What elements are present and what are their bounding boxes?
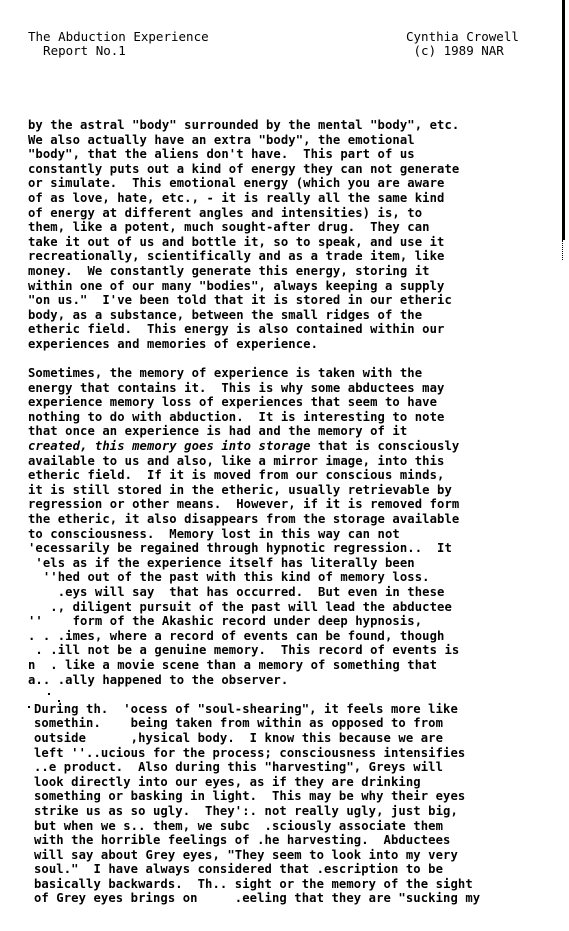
report-number: Report No.1 <box>28 44 209 58</box>
text-line: within one of our many "bodies", always … <box>28 279 563 294</box>
text-line: "on us." I've been told that it is store… <box>28 293 563 308</box>
text-line: or simulate. This emotional energy (whic… <box>28 176 563 191</box>
text-line: n . like a movie scene than a memory of … <box>28 658 563 673</box>
text-line: them, like a potent, much sought-after d… <box>28 220 563 235</box>
text-line: .eys will say that has occurred. But eve… <box>28 585 563 600</box>
text-line: of as love, hate, etc., - it is really a… <box>28 191 563 206</box>
text-line: "body", that the aliens don't have. This… <box>28 147 563 162</box>
text-line: but when we s.. them, we subc .sciously … <box>28 819 563 834</box>
text-line: it is still stored in the etheric, usual… <box>28 483 563 498</box>
text-line: . . .imes, where a record of events can … <box>28 629 563 644</box>
text-line: Sometimes, the memory of experience is t… <box>28 366 563 381</box>
text-line: ..e product. Also during this "harvestin… <box>28 760 563 775</box>
text-line: recreationally, scientifically and as a … <box>28 249 563 264</box>
text-line: basically backwards. Th.. sight or the m… <box>28 877 563 892</box>
text-line: 'els as if the experience itself has lit… <box>28 556 563 571</box>
text-line: experience memory loss of experiences th… <box>28 395 563 410</box>
copyright-line: (c) 1989 NAR <box>406 44 519 58</box>
text-line: 'ecessarily be regained through hypnotic… <box>28 541 563 556</box>
text-line: etheric field. If it is moved from our c… <box>28 468 563 483</box>
text-line: a.. .ally happened to the observer. <box>28 673 563 688</box>
text-line: left ''..ucious for the process; conscio… <box>28 746 563 761</box>
text-line: with the horrible feelings of .he harves… <box>28 833 563 848</box>
text-line: something or basking in light. This may … <box>28 789 563 804</box>
paragraph-2: Sometimes, the memory of experience is t… <box>28 366 563 687</box>
text-line: ., diligent pursuit of the past will lea… <box>28 600 563 615</box>
text-line: soul." I have always considered that .es… <box>28 862 563 877</box>
text-line: During th. 'ocess of "soul-shearing", it… <box>28 702 563 717</box>
author-block: Cynthia Crowell (c) 1989 NAR <box>406 30 519 58</box>
text-line: somethin. being taken from within as opp… <box>28 716 563 731</box>
text-line: by the astral "body" surrounded by the m… <box>28 118 563 133</box>
paragraph-3: During th. 'ocess of "soul-shearing", it… <box>28 702 563 906</box>
text-line: constantly puts out a kind of energy the… <box>28 162 563 177</box>
text-line: of energy at different angles and intens… <box>28 206 563 221</box>
text-line: body, as a substance, between the small … <box>28 308 563 323</box>
scan-speck <box>58 700 60 702</box>
document-title-block: The Abduction Experience Report No.1 <box>28 30 209 58</box>
text-line: '' form of the Akashic record under deep… <box>28 614 563 629</box>
text-line: strike us as so ugly. They':. not really… <box>28 804 563 819</box>
text-line: look directly into our eyes, as if they … <box>28 775 563 790</box>
text-line: will say about Grey eyes, "They seem to … <box>28 848 563 863</box>
text-line: to consciousness. Memory lost in this wa… <box>28 527 563 542</box>
document-body: by the astral "body" surrounded by the m… <box>28 118 563 921</box>
text-line: We also actually have an extra "body", t… <box>28 133 563 148</box>
text-line: outside ,hysical body. I know this becau… <box>28 731 563 746</box>
author-name: Cynthia Crowell <box>406 30 519 44</box>
text-line: ''hed out of the past with this kind of … <box>28 570 563 585</box>
text-line: that once an experience is had and the m… <box>28 424 563 439</box>
text-line: money. We constantly generate this energ… <box>28 264 563 279</box>
text-line: take it out of us and bottle it, so to s… <box>28 235 563 250</box>
text-line: experiences and memories of experience. <box>28 337 563 352</box>
text-line: etheric field. This energy is also conta… <box>28 322 563 337</box>
text-line: nothing to do with abduction. It is inte… <box>28 410 563 425</box>
text-line: energy that contains it. This is why som… <box>28 381 563 396</box>
text-line: the etheric, it also disappears from the… <box>28 512 563 527</box>
text-line: created, this memory goes into storage t… <box>28 439 563 454</box>
scan-speck <box>48 693 50 695</box>
paragraph-1: by the astral "body" surrounded by the m… <box>28 118 563 352</box>
text-line: regression or other means. However, if i… <box>28 497 563 512</box>
text-line: available to us and also, like a mirror … <box>28 454 563 469</box>
text-line: of Grey eyes brings on .eeling that they… <box>28 891 563 906</box>
italic-emphasis: created, this memory goes into storage <box>28 439 311 453</box>
document-title: The Abduction Experience <box>28 30 209 44</box>
text-line: . .ill not be a genuine memory. This rec… <box>28 643 563 658</box>
scan-speck <box>28 706 30 708</box>
